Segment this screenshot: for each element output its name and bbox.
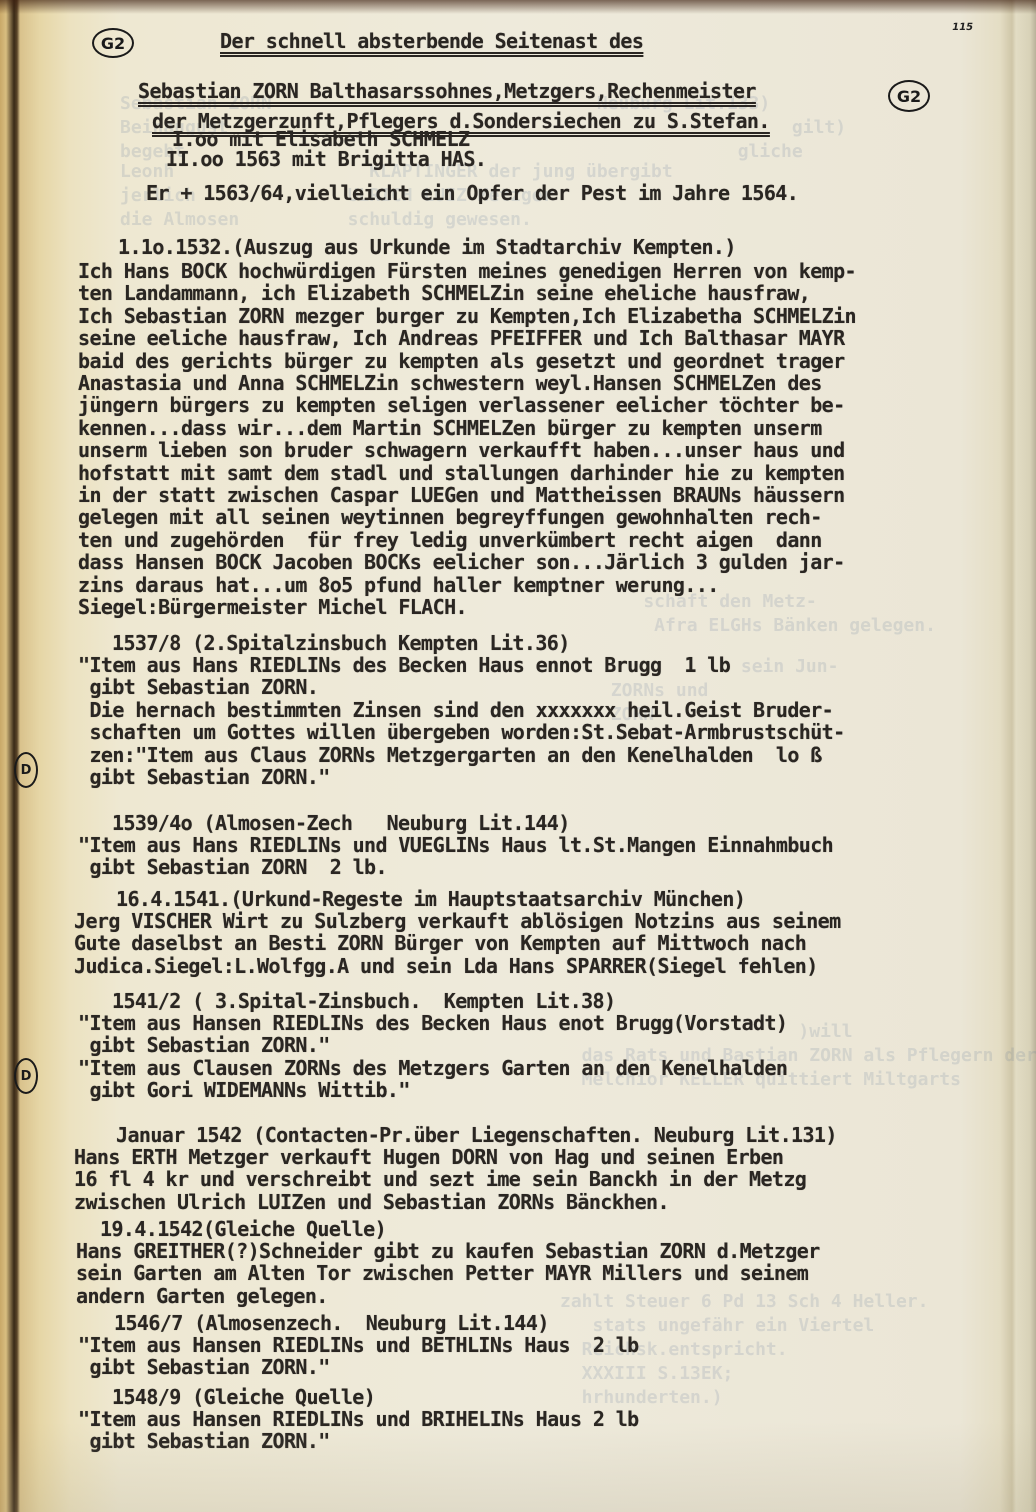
entry-line: seine eeliche hausfraw, Ich Andreas PFEI… [78, 327, 845, 349]
entry-line: Anastasia und Anna SCHMELZin schwestern … [78, 372, 822, 394]
entry-line: zwischen Ulrich LUIZen und Sebastian ZOR… [74, 1191, 669, 1213]
entry-line: sein Garten am Alten Tor zwischen Petter… [76, 1262, 808, 1284]
entry-line: unserm lieben son bruder schwagern verka… [78, 439, 845, 461]
entry-line: Judica.Siegel:L.Wolfgg.A und sein Lda Ha… [74, 955, 818, 977]
margin-mark-g2: G2 [888, 80, 930, 112]
entry-header: 1537/8 (2.Spitalzinsbuch Kempten Lit.36) [112, 632, 570, 654]
entry-header: Januar 1542 (Contacten-Pr.über Liegensch… [116, 1124, 837, 1146]
margin-mark-g2: G2 [92, 28, 134, 58]
entry-line: andern Garten gelegen. [76, 1285, 328, 1307]
entry-line: Hans GREITHER(?)Schneider gibt zu kaufen… [76, 1240, 820, 1262]
second-marriage: II.oo 1563 mit Brigitta HAS. [166, 148, 486, 170]
entry-line: Ich Sebastian ZORN mezger burger zu Kemp… [78, 305, 856, 327]
margin-mark-d: D [14, 1058, 38, 1094]
entry-line: Ich Hans BOCK hochwürdigen Fürsten meine… [78, 260, 856, 282]
entry-line: gibt Sebastian ZORN." [78, 766, 330, 788]
entry-line: zins daraus hat...um 8o5 pfund haller ke… [78, 574, 719, 596]
entry-header: 1546/7 (Almosenzech. Neuburg Lit.144) [114, 1312, 549, 1334]
entry-header: 16.4.1541.(Urkund-Regeste im Hauptstaats… [116, 888, 745, 910]
entry-line: gelegen mit all seinen weytinnen begreyf… [78, 506, 822, 528]
margin-mark-label: G2 [897, 87, 921, 106]
margin-mark-label: D [21, 763, 32, 778]
entry-line: Die hernach bestimmten Zinsen sind den x… [78, 699, 833, 721]
entry-line: gibt Sebastian ZORN." [78, 1430, 330, 1452]
entry-line: gibt Sebastian ZORN 2 lb. [78, 856, 387, 878]
heading-line-1: Der schnell absterbende Seitenast des [220, 30, 643, 52]
entry-line: hofstatt mit samt dem stadl und stallung… [78, 462, 845, 484]
entry-line: gibt Sebastian ZORN." [78, 1034, 330, 1056]
entry-header: 1539/4o (Almosen-Zech Neuburg Lit.144) [112, 812, 570, 834]
entry-line: gibt Sebastian ZORN. [78, 676, 318, 698]
entry-line: ten und zugehörden für frey ledig unverk… [78, 529, 822, 551]
bleed-through-text: schaft den Metz- Afra ELGHs Bänken geleg… [600, 590, 936, 638]
entry-line: in der statt zwischen Caspar LUEGen und … [78, 484, 845, 506]
entry-line: Hans ERTH Metzger verkauft Hugen DORN vo… [74, 1146, 783, 1168]
entry-header: 19.4.1542(Gleiche Quelle) [100, 1218, 386, 1240]
heading-line-2: Sebastian ZORN Balthasarssohnes,Metzgers… [138, 80, 756, 102]
entry-line: dass Hansen BOCK Jacoben BOCKs eelicher … [78, 551, 845, 573]
margin-mark-label: D [21, 1069, 32, 1084]
document-page: Sebastian ZORN Neuburg Lit.133) Beinaugu… [0, 0, 1036, 1512]
entry-line: zen:"Item aus Claus ZORNs Metzgergarten … [78, 744, 822, 766]
page-number: 115 [951, 22, 974, 33]
entry-header: 1548/9 (Gleiche Quelle) [112, 1386, 375, 1408]
entry-line: "Item aus Hansen RIEDLINs und BRIHELINs … [78, 1408, 639, 1430]
entry-line: "Item aus Hans RIEDLINs und VUEGLINs Hau… [78, 834, 833, 856]
entry-header: 1541/2 ( 3.Spital-Zinsbuch. Kempten Lit.… [112, 990, 615, 1012]
entry-line: "Item aus Hansen RIEDLINs des Becken Hau… [78, 1012, 787, 1034]
entry-line: 16 fl 4 kr und verschreibt und sezt ime … [74, 1168, 806, 1190]
entry-line: Jerg VISCHER Wirt zu Sulzberg verkauft a… [74, 910, 841, 932]
entry-line: jüngern bürgers zu kempten seligen verla… [78, 394, 845, 416]
entry-header: 1.1o.1532.(Auszug aus Urkunde im Stadtar… [118, 236, 736, 258]
entry-line: gibt Sebastian ZORN." [78, 1356, 330, 1378]
entry-line: kennen...dass wir...dem Martin SCHMELZen… [78, 417, 822, 439]
margin-mark-label: G2 [101, 34, 125, 53]
entry-line: "Item aus Clausen ZORNs des Metzgers Gar… [78, 1057, 787, 1079]
entry-line: Siegel:Bürgermeister Michel FLACH. [78, 596, 467, 618]
entry-line: ten Landammann, ich Elizabeth SCHMELZin … [78, 282, 810, 304]
entry-line: gibt Gori WIDEMANNs Wittib." [78, 1079, 410, 1101]
death-note: Er + 1563/64,vielleicht ein Opfer der Pe… [146, 182, 798, 204]
entry-line: "Item aus Hansen RIEDLINs und BETHLINs H… [78, 1334, 639, 1356]
entry-line: "Item aus Hans RIEDLINs des Becken Haus … [78, 654, 730, 676]
margin-mark-d: D [14, 752, 38, 788]
entry-line: Gute daselbst an Besti ZORN Bürger von K… [74, 932, 806, 954]
entry-line: baid des gerichts bürger zu kempten als … [78, 350, 845, 372]
entry-line: schaften um Gottes willen übergeben word… [78, 721, 845, 743]
